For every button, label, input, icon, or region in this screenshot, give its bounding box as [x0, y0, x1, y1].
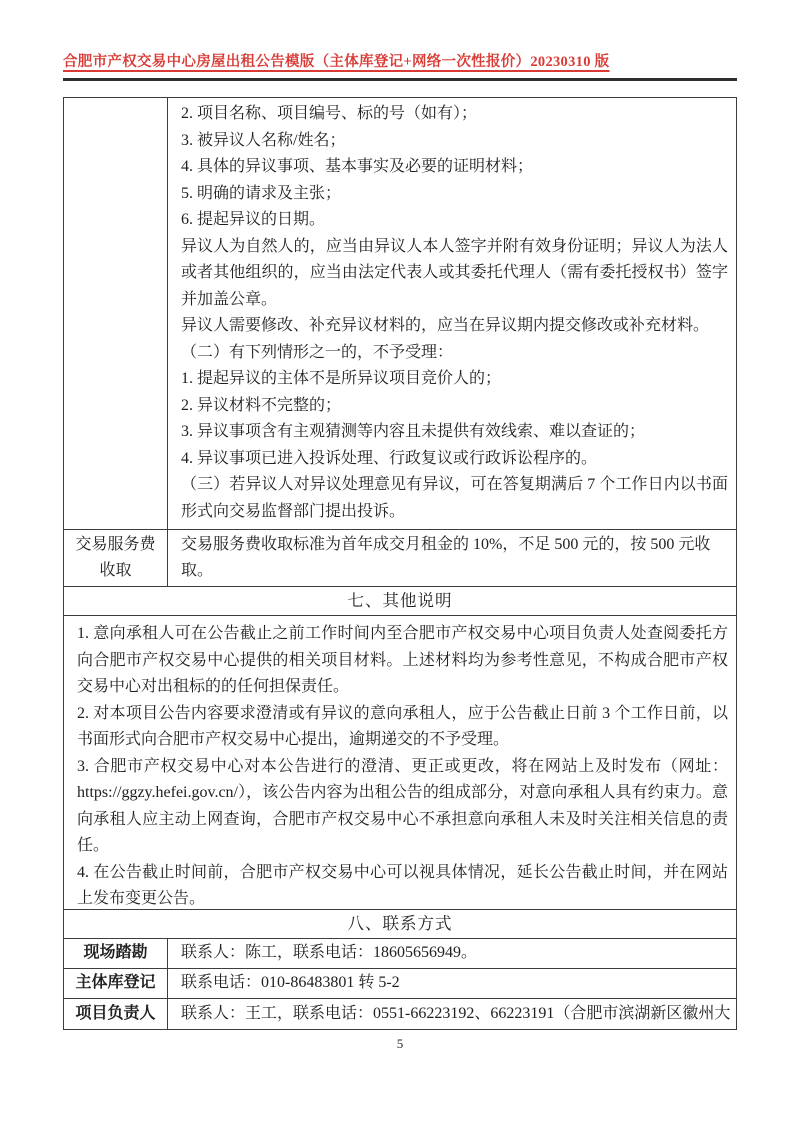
contact-content: 联系电话：010-86483801 转 5-2	[168, 969, 736, 998]
document-page: 合肥市产权交易中心房屋出租公告模版（主体库登记+网络一次性报价）20230310…	[0, 0, 800, 1131]
objection-line: 4. 异议事项已进入投诉处理、行政复议或行政诉讼程序的。	[181, 446, 728, 473]
objection-line: 2. 异议材料不完整的；	[181, 393, 728, 420]
document-header-title: 合肥市产权交易中心房屋出租公告模版（主体库登记+网络一次性报价）20230310…	[63, 54, 609, 70]
contact-content: 联系人：陈工，联系电话：18605656949。	[168, 939, 736, 968]
objection-line: 2. 项目名称、项目编号、标的号（如有）；	[181, 101, 728, 128]
objection-procedure-row: 2. 项目名称、项目编号、标的号（如有）； 3. 被异议人名称/姓名； 4. 具…	[64, 98, 736, 529]
objection-line: 异议人需要修改、补充异议材料的，应当在异议期内提交修改或补充材料。	[181, 313, 728, 340]
contact-label: 现场踏勘	[64, 939, 168, 968]
other-notes-paragraph: 2. 对本项目公告内容要求澄清或有异议的意向承租人，应于公告截止日前 3 个工作…	[77, 701, 728, 754]
service-fee-label: 交易服务费收取	[64, 530, 168, 586]
document-header: 合肥市产权交易中心房屋出租公告模版（主体库登记+网络一次性报价）20230310…	[63, 50, 737, 81]
other-notes-row: 1. 意向承租人可在公告截止之前工作时间内至合肥市产权交易中心项目负责人处查阅委…	[64, 615, 736, 909]
contact-row-site-survey: 现场踏勘 联系人：陈工，联系电话：18605656949。	[64, 938, 736, 968]
contact-label: 主体库登记	[64, 969, 168, 998]
objection-line: 4. 具体的异议事项、基本事实及必要的证明材料；	[181, 154, 728, 181]
other-notes-paragraph: 1. 意向承租人可在公告截止之前工作时间内至合肥市产权交易中心项目负责人处查阅委…	[77, 621, 728, 701]
announcement-table: 2. 项目名称、项目编号、标的号（如有）； 3. 被异议人名称/姓名； 4. 具…	[63, 97, 737, 1030]
objection-line: 异议人为自然人的，应当由异议人本人签字并附有效身份证明；异议人为法人或者其他组织…	[181, 234, 728, 314]
objection-details-cell: 2. 项目名称、项目编号、标的号（如有）； 3. 被异议人名称/姓名； 4. 具…	[168, 98, 736, 529]
objection-line: 3. 被异议人名称/姓名；	[181, 128, 728, 155]
contact-row-registry: 主体库登记 联系电话：010-86483801 转 5-2	[64, 968, 736, 998]
objection-line: 3. 异议事项含有主观猜测等内容且未提供有效线索、难以查证的；	[181, 419, 728, 446]
other-notes-paragraph: 4. 在公告截止时间前，合肥市产权交易中心可以视具体情况，延长公告截止时间，并在…	[77, 860, 728, 910]
other-notes-cell: 1. 意向承租人可在公告截止之前工作时间内至合肥市产权交易中心项目负责人处查阅委…	[64, 616, 736, 909]
objection-line: 6. 提起异议的日期。	[181, 207, 728, 234]
objection-line: 5. 明确的请求及主张；	[181, 181, 728, 208]
section-title-contact: 八、联系方式	[64, 909, 736, 938]
page-number: 5	[0, 1036, 800, 1052]
other-notes-paragraph: 3. 合肥市产权交易中心对本公告进行的澄清、更正或更改，将在网站上及时发布（网址…	[77, 754, 728, 860]
service-fee-row: 交易服务费收取 交易服务费收取标准为首年成交月租金的 10%，不足 500 元的…	[64, 529, 736, 586]
service-fee-content: 交易服务费收取标准为首年成交月租金的 10%，不足 500 元的，按 500 元…	[168, 530, 736, 586]
objection-line: （三）若异议人对异议处理意见有异议，可在答复期满后 7 个工作日内以书面形式向交…	[181, 472, 728, 525]
objection-line: （二）有下列情形之一的，不予受理：	[181, 340, 728, 367]
section-title-other-notes: 七、其他说明	[64, 586, 736, 615]
contact-row-project-manager: 项目负责人 联系人：王工，联系电话：0551-66223192、66223191…	[64, 998, 736, 1029]
objection-line: 1. 提起异议的主体不是所异议项目竞价人的；	[181, 366, 728, 393]
objection-label-cell-empty	[64, 98, 168, 529]
contact-label: 项目负责人	[64, 999, 168, 1029]
contact-content: 联系人：王工，联系电话：0551-66223192、66223191（合肥市滨湖…	[168, 999, 736, 1029]
